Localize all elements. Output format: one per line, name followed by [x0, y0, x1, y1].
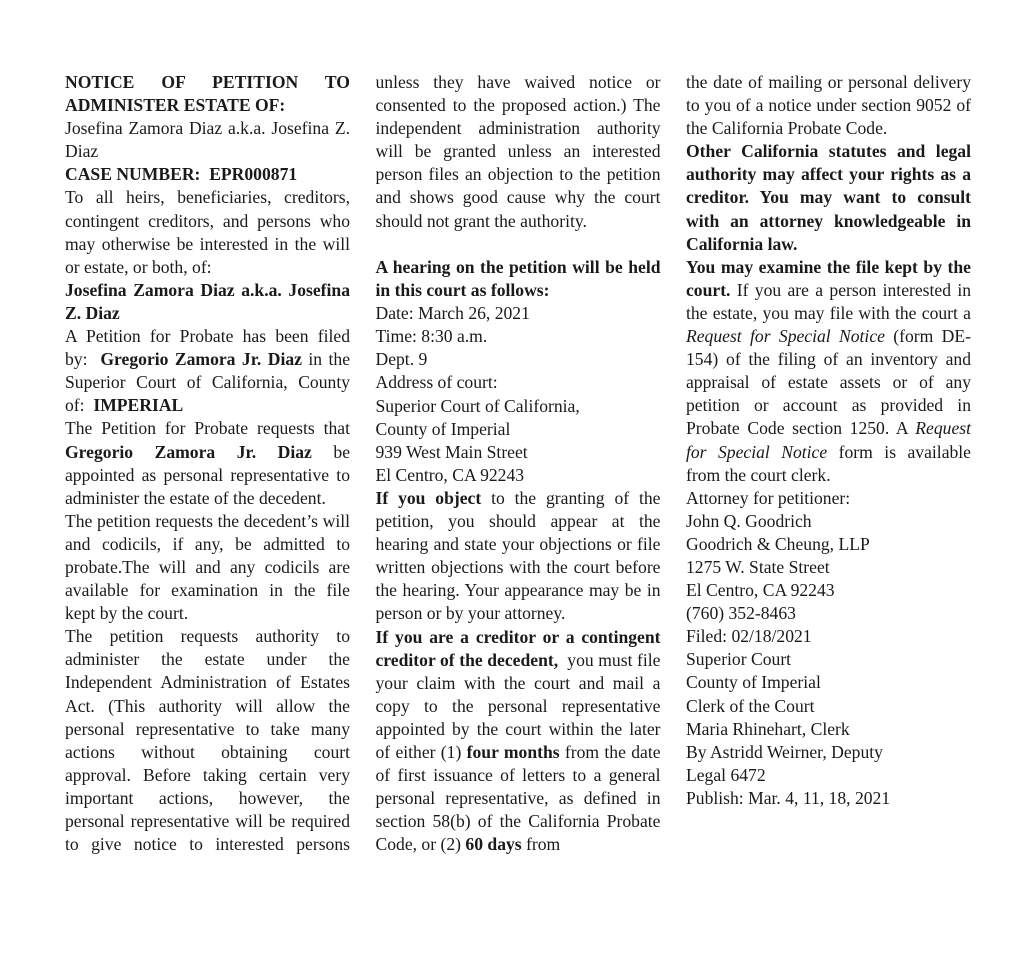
hearing-heading: A hearing on the petition will be held i… — [376, 256, 661, 302]
examine-paragraph: You may examine the file kept by the cou… — [686, 256, 971, 487]
creditor-paragraph: If you are a creditor or a contin­gent c… — [376, 626, 661, 857]
column-1: NOTICE OF PETITION TO ADMINISTER ESTATE … — [65, 71, 350, 856]
authority-continued-text: The petition requests authority to admin… — [376, 71, 661, 233]
decedent-name-bold: Josefina Zamora Diaz a.k.a. Josefina Z. … — [65, 279, 350, 325]
creditor-paragraph-continued: the date of mailing or personal deliv­er… — [686, 71, 971, 140]
four-months: four months — [467, 742, 560, 762]
column-2: The petition requests authority to admin… — [376, 71, 661, 856]
title-line-2: ADMINISTER ESTATE OF: — [65, 94, 350, 117]
objection-text: to the granting of the petition, you sho… — [376, 488, 661, 623]
requests-petitioner: Gregorio Zamora Jr. Diaz — [65, 442, 312, 462]
attorney-phone: (760) 352-8463 — [686, 602, 971, 625]
legal-notice: NOTICE OF PETITION TO ADMINISTER ESTATE … — [65, 71, 971, 856]
decedent-name: Josefina Zamora Diaz a.k.a. Josefina Z. … — [65, 117, 350, 163]
sixty-days: 60 days — [465, 834, 521, 854]
hearing-time: Time: 8:30 a.m. — [376, 325, 661, 348]
court-city: El Centro, CA 92243 — [376, 464, 661, 487]
attorney-label: Attorney for petitioner: — [686, 487, 971, 510]
to-all-paragraph: To all heirs, beneficiaries, creditors, … — [65, 186, 350, 278]
petitioner-name: Gregorio Zamora Jr. Diaz — [100, 349, 302, 369]
clerk-county: County of Imperial — [686, 671, 971, 694]
court-street: 939 West Main Street — [376, 441, 661, 464]
case-number-label: CASE NUMBER: — [65, 164, 200, 184]
hearing-details: Date: March 26, 2021 Time: 8:30 a.m. Dep… — [376, 302, 661, 487]
court-name: Superior Court of California, — [376, 395, 661, 418]
authority-paragraph: The petition requests authority to admin… — [65, 625, 350, 855]
filed-date: Filed: 02/18/2021 — [686, 625, 971, 648]
hearing-dept: Dept. 9 — [376, 348, 661, 371]
clerk-title: Clerk of the Court — [686, 695, 971, 718]
publish-dates: Publish: Mar. 4, 11, 18, 2021 — [686, 787, 971, 810]
attorney-city: El Centro, CA 92243 — [686, 579, 971, 602]
other-statutes-paragraph: Other California statutes and legal auth… — [686, 140, 971, 255]
case-number-line: CASE NUMBER: EPR000871 — [65, 163, 350, 186]
attorney-street: 1275 W. State Street — [686, 556, 971, 579]
objection-paragraph: If you object to the granting of the pet… — [376, 487, 661, 626]
will-paragraph: The petition requests the decedent’s wil… — [65, 510, 350, 625]
attorney-name: John Q. Goodrich — [686, 510, 971, 533]
column-3: the date of mailing or personal deliv­er… — [686, 71, 971, 856]
hearing-date: Date: March 26, 2021 — [376, 302, 661, 325]
legal-number: Legal 6472 — [686, 764, 971, 787]
court-county: County of Imperial — [376, 418, 661, 441]
special-notice-italic-1: Request for Special Notice — [686, 326, 885, 346]
clerk-court: Superior Court — [686, 648, 971, 671]
attorney-firm: Goodrich & Cheung, LLP — [686, 533, 971, 556]
attorney-block: Attorney for petitioner: John Q. Goodric… — [686, 487, 971, 810]
requests-paragraph: The Petition for Probate requests that G… — [65, 417, 350, 509]
clerk-name: Maria Rhinehart, Clerk — [686, 718, 971, 741]
case-number: EPR000871 — [209, 164, 297, 184]
requests-text: The Petition for Probate requests that — [65, 418, 350, 438]
creditor-text-3-start: from — [526, 834, 560, 854]
county-name: IMPERIAL — [93, 395, 183, 415]
notice-title: NOTICE OF PETITION TO ADMINISTER ESTATE … — [65, 71, 350, 117]
authority-paragraph-continued: The petition requests authority to admin… — [376, 71, 661, 256]
objection-bold: If you object — [376, 488, 482, 508]
petition-filed-paragraph: A Petition for Probate has been filed by… — [65, 325, 350, 417]
court-address-label: Address of court: — [376, 371, 661, 394]
title-line-1: NOTICE OF PETITION TO — [65, 71, 350, 94]
clerk-deputy: By Astridd Weirner, Deputy — [686, 741, 971, 764]
